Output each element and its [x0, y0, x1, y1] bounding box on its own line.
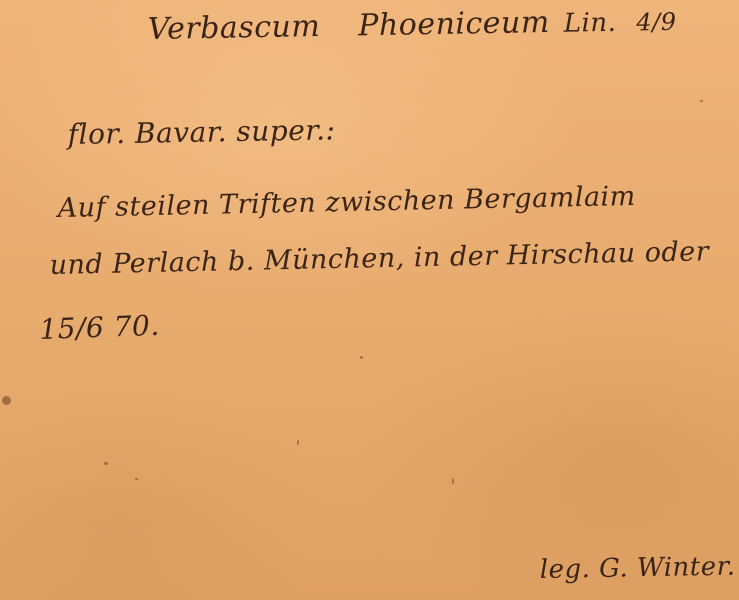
collection-date: 15/6 70. [39, 309, 160, 346]
specific-epithet: Phoeniceum [358, 5, 550, 43]
paper-speck [135, 478, 138, 480]
herbarium-label-paper [0, 0, 739, 600]
paper-speck [2, 396, 11, 405]
collector-signature: leg. G. Winter. [539, 552, 735, 585]
paper-speck [700, 100, 703, 102]
flora-region: flor. Bavar. super.: [67, 113, 335, 151]
paper-speck [297, 440, 299, 445]
catalog-fraction: 4/9 [636, 8, 677, 37]
paper-speck [452, 478, 454, 484]
author-abbreviation: Lin. [564, 8, 617, 39]
paper-speck [104, 462, 108, 465]
genus: Verbascum [147, 9, 320, 47]
paper-speck [360, 356, 363, 359]
